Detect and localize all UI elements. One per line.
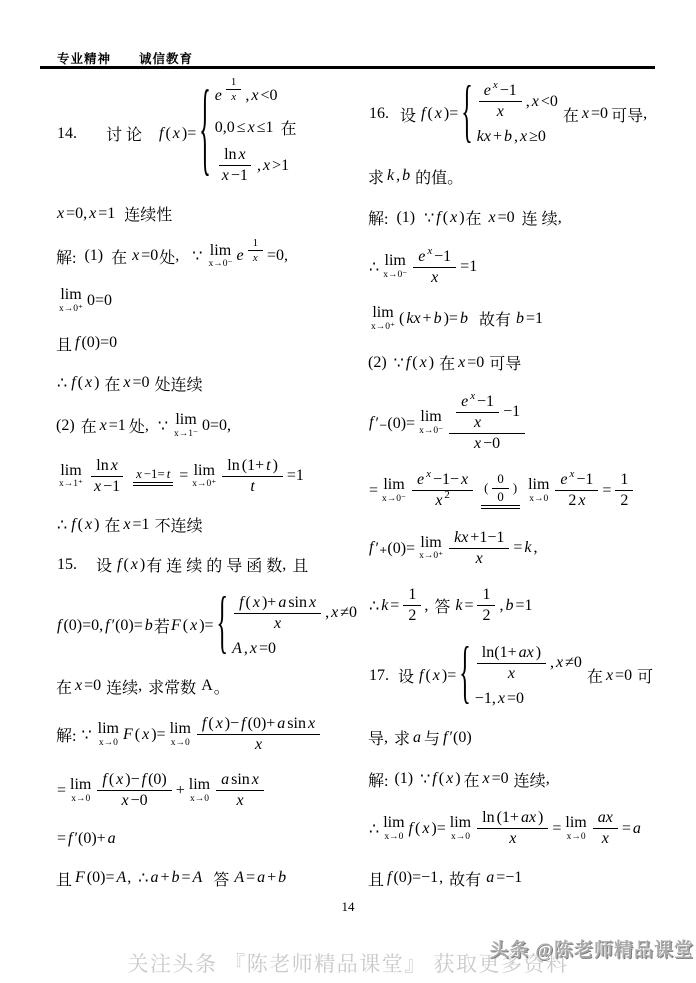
math-variable: b [504, 128, 512, 146]
left-brace-icon: { [199, 75, 211, 192]
formula-line: (2)在x=1处,∵limx→1⁻0=0, [56, 412, 358, 439]
fraction: f(x)+asinxx [234, 594, 321, 633]
spacer [579, 114, 581, 115]
math-variable: x [509, 830, 516, 848]
math-text: , [499, 597, 503, 615]
chinese-text: 连续性 [124, 202, 172, 225]
math-text: =0 [259, 640, 276, 658]
math-text: + [267, 869, 276, 887]
math-text: ∴ [369, 596, 379, 616]
math-variable: x [190, 617, 197, 635]
math-text: = [369, 482, 378, 500]
math-variable: x [474, 435, 481, 453]
document-page: 专业精神 诚信教育 14.讨 论f(x)={e1x,x<00,0≤x≤1在lnx… [0, 0, 696, 983]
limit-word: lim [194, 463, 215, 480]
math-variable: a [108, 830, 116, 848]
math-text: = [181, 869, 190, 887]
spacer [78, 564, 96, 565]
denominator: 2x [563, 491, 590, 510]
cases-rows: f(x)+asinxx,x≠0A,x=0 [231, 594, 358, 658]
math-text: 0=0, [202, 417, 231, 435]
numerator: ex−1 [413, 248, 456, 268]
chinese-text: (2) [368, 354, 387, 372]
numerator: f(x)−f(0)+asinx [197, 715, 320, 735]
spacer [603, 675, 605, 676]
formula-line: f(0)=0,f′(0)=b若F(x)={f(x)+asinxx,x≠0A,x=… [56, 594, 358, 658]
math-text: )= [182, 125, 196, 143]
chinese-text: 连续 [514, 768, 546, 791]
math-variable: x [123, 374, 130, 392]
math-variable: x [450, 209, 457, 227]
spacer [482, 217, 488, 218]
superscript: 1x [223, 76, 244, 103]
math-text: 2 [620, 492, 628, 510]
chinese-text: 若 [154, 614, 170, 637]
fraction: 12 [403, 586, 421, 625]
formula-line: limx→0⁺0=0 [56, 287, 358, 314]
denominator: x [469, 413, 486, 432]
numerator: ex−1 [555, 471, 598, 491]
limit: limx→0⁺ [419, 535, 443, 562]
math-text: 16. [369, 105, 389, 123]
math-variable: x [89, 205, 96, 223]
formula-line: 且f(0)=−1,故有a=−1 [368, 867, 670, 890]
math-variable: a [486, 869, 494, 887]
math-text: ) [536, 644, 541, 662]
denominator: t [245, 477, 259, 496]
spacer [112, 564, 116, 565]
math-text: 0=0 [87, 292, 112, 310]
math-variable: f [102, 771, 106, 789]
math-variable: x [556, 654, 563, 672]
math-text: sin [231, 771, 250, 789]
formula-line: 解:(1)在x=0处,∵limx→0⁻e1x=0, [56, 243, 358, 270]
math-text: )= [442, 667, 456, 685]
chinese-text: 求常数 [148, 675, 196, 698]
math-text: )+ [262, 594, 276, 612]
math-text: = [622, 820, 631, 838]
math-text: )= [431, 820, 445, 838]
math-variable: x [489, 209, 496, 227]
numerator: lnx [219, 146, 251, 166]
numerator: ln(1+ax) [477, 644, 546, 664]
right-column: 16.设f(x)={ex−1x,x<0kx+b,x≥0在x=0可导,求k,b的值… [368, 82, 670, 890]
spacer [97, 425, 99, 426]
math-text: = [246, 869, 255, 887]
limit: limx→0⁺ [192, 463, 216, 490]
math-text: (0)=0 [81, 334, 117, 352]
math-variable: x [111, 457, 118, 475]
chinese-text: (1) [396, 209, 415, 227]
math-text: ) [513, 481, 517, 496]
header-motto-right: 诚信教育 [139, 49, 193, 67]
math-text: , [550, 654, 554, 672]
math-text: )− [225, 715, 239, 733]
math-text: ′(0)= [112, 617, 143, 635]
math-text: ≥0 [529, 128, 546, 146]
math-variable: b [505, 597, 513, 615]
math-text: ∵ [81, 725, 91, 745]
limit: limx→0⁻ [208, 243, 232, 270]
chinese-text: 在 [104, 513, 120, 536]
math-variable: a [257, 869, 265, 887]
chinese-text: 且 [292, 553, 308, 576]
chinese-text: 设 [400, 103, 416, 126]
denominator: x [226, 90, 241, 103]
math-text: ′₋(0)= [375, 413, 415, 433]
superscript: x [425, 468, 432, 480]
math-variable: ax [519, 644, 534, 662]
math-variable: f [105, 617, 109, 635]
chinese-text: (2) [56, 417, 75, 435]
math-variable: x [606, 667, 613, 685]
math-variable: f [443, 729, 447, 747]
math-variable: x [498, 690, 505, 708]
spacer [76, 734, 80, 735]
math-variable: x [497, 103, 504, 121]
math-variable: x [123, 516, 130, 534]
math-text: + [423, 310, 432, 328]
limit: limx→0⁻ [383, 253, 407, 280]
math-text: ( [246, 594, 251, 612]
math-variable: x [116, 771, 123, 789]
math-text: −1 [503, 403, 520, 421]
math-text: ( [135, 726, 140, 744]
math-text: (0)=0, [63, 617, 103, 635]
denominator: x−0 [469, 434, 505, 453]
math-text: 1 [482, 586, 490, 604]
denominator: x [269, 614, 286, 633]
math-text: +1−1 [470, 529, 504, 547]
fraction: lnxx−1 [89, 457, 125, 496]
math-variable: f [57, 617, 61, 635]
math-variable: x [136, 467, 142, 482]
math-text: = [390, 597, 399, 615]
chinese-text: 可 [637, 664, 653, 687]
math-text: ln(1+ [482, 644, 517, 662]
math-variable: f [409, 820, 413, 838]
formula-line: =f′(0)+a [56, 828, 358, 850]
math-text: ( [78, 374, 83, 392]
math-variable: x [582, 105, 589, 123]
math-variable: b [460, 310, 468, 328]
math-text: , [396, 167, 400, 185]
math-variable: f [71, 516, 75, 534]
math-text: , [244, 640, 248, 658]
math-text: =0, [267, 247, 288, 265]
spacer [480, 779, 482, 780]
case-row: A,x=0 [231, 640, 277, 658]
formula-line: 且F(0)=A,∴a+b=A答A=a+b [56, 867, 358, 890]
content-area: 14.讨 论f(x)={e1x,x<00,0≤x≤1在lnxx−1,x>1x=0… [56, 82, 670, 890]
math-variable: a [278, 594, 286, 612]
case-row: f(x)+asinxx,x≠0 [231, 594, 358, 633]
math-text: −1 [500, 82, 517, 100]
math-variable: A [116, 869, 126, 887]
spacer [415, 217, 423, 218]
math-variable: b [516, 310, 524, 328]
formula-line: 16.设f(x)={ex−1x,x<0kx+b,x≥0在x=0可导, [368, 82, 670, 146]
math-variable: x [231, 91, 236, 103]
math-variable: x [263, 157, 270, 175]
piecewise-cases: {f(x)+asinxx,x≠0A,x=0 [217, 594, 358, 658]
math-text: =1 [515, 597, 532, 615]
formula-line: =limx→0f(x)−f(0)x−0+limx→0asinxx [56, 771, 358, 810]
chinese-text: 与 [424, 726, 440, 749]
math-text: (0)+ [248, 715, 276, 733]
math-variable: f [387, 869, 391, 887]
note-content: (00) [483, 472, 518, 505]
fraction: 1x [226, 76, 241, 103]
math-text: =0 [467, 354, 484, 372]
chinese-text: 处 [129, 414, 145, 437]
denominator: x−1 [89, 477, 125, 496]
spacer [455, 362, 457, 363]
fraction: ln(1+ax)x [477, 644, 546, 683]
math-text: =1 [526, 310, 543, 328]
math-text: (0) [148, 771, 167, 789]
numerator: ln(1+ax) [477, 809, 548, 829]
limit-word: lim [60, 287, 81, 304]
chinese-text: (1) [84, 247, 103, 265]
limit-subscript: x→0 [384, 833, 403, 843]
math-text: =1 [460, 258, 477, 276]
math-text: 14. [57, 125, 77, 143]
denominator: x [504, 829, 521, 848]
math-variable: x [274, 615, 281, 633]
math-variable: ax [598, 809, 613, 827]
numerator: ex−1−x [412, 471, 473, 491]
limit-subscript: x→0⁺ [371, 323, 395, 333]
math-text: ′₊(0)= [375, 538, 415, 558]
math-text: −1= [144, 467, 165, 482]
fraction: ex−1x [456, 393, 499, 432]
fraction: ln(1+ax)x [477, 809, 548, 848]
spacer [390, 675, 398, 676]
spacer [229, 878, 233, 879]
math-text: 1 [408, 586, 416, 604]
math-text: −1 [103, 478, 120, 496]
limit-subscript: x→0⁺ [192, 480, 216, 490]
math-text: ) [273, 457, 278, 475]
substitution-note: (00) [481, 472, 520, 509]
limit-word: lim [70, 777, 91, 794]
math-text: −1 [576, 471, 593, 489]
limit-word: lim [383, 477, 404, 494]
limit-word: lim [528, 477, 549, 494]
limit-subscript: x→0⁻ [419, 427, 443, 437]
math-text: )= [199, 617, 213, 635]
math-variable: x [435, 105, 442, 123]
math-variable: x [470, 390, 475, 402]
limit-word: lim [210, 243, 231, 260]
denominator: x [471, 549, 488, 568]
chinese-text: 的值。 [415, 165, 463, 188]
watermark-right: 头条 @陈老师精品课堂 [490, 935, 694, 962]
fraction: ex−1−xx2 [412, 471, 473, 510]
math-variable: x [222, 167, 229, 185]
chinese-text: 。 [214, 675, 230, 698]
denominator: x2 [430, 491, 455, 510]
formula-line: ∴limx→0f(x)=limx→0ln(1+ax)x=limx→0axx=a [368, 809, 670, 848]
fraction: ex−12x [555, 471, 598, 510]
spacer [450, 605, 454, 606]
spacer [469, 318, 479, 319]
math-text: )= [444, 105, 458, 123]
chinese-text: 故有 [479, 307, 511, 330]
math-variable: x [493, 79, 498, 91]
spacer [416, 114, 420, 115]
chinese-text: 设 [398, 664, 414, 687]
formula-line: 且f(0)=0 [56, 332, 358, 355]
math-variable: e [418, 248, 425, 266]
math-variable: F [75, 869, 85, 887]
math-text: = [602, 482, 611, 500]
math-variable: F [123, 726, 133, 744]
math-variable: x [85, 516, 92, 534]
limit-subscript: x→0 [171, 739, 190, 749]
math-variable: x [57, 205, 64, 223]
superscript: x [569, 468, 576, 480]
math-variable: x [142, 726, 149, 744]
limit: limx→0 [450, 815, 471, 842]
note-content: x−1=t [135, 467, 171, 482]
numerator: lnx [91, 457, 123, 477]
superscript: x [469, 390, 476, 402]
math-text: , [526, 93, 530, 111]
chinese-text: 解: [56, 245, 76, 268]
math-text: ∵ [420, 769, 430, 789]
chinese-text: 处 [159, 245, 175, 268]
spacer [179, 256, 191, 257]
math-text: =0, [66, 205, 87, 223]
math-variable: a [277, 715, 285, 733]
math-text: = [513, 539, 522, 557]
chinese-text: 求 [368, 165, 384, 188]
limit: limx→1⁻ [174, 412, 198, 439]
math-text: (1+ [242, 457, 264, 475]
math-text: 15. [57, 556, 77, 574]
math-variable: t [167, 467, 171, 482]
math-text: ∴ [369, 819, 379, 839]
math-text: = [57, 830, 66, 848]
spacer [72, 686, 74, 687]
math-text: ∴ [57, 373, 67, 393]
limit-subscript: x→0⁻ [382, 495, 406, 505]
math-text: 1 [231, 76, 236, 88]
numerator: 1 [477, 586, 495, 606]
math-variable: ax [521, 809, 536, 827]
spacer [390, 114, 400, 115]
math-variable: f [142, 771, 146, 789]
spacer [387, 362, 393, 363]
spacer [78, 133, 106, 134]
math-text: =0 [492, 770, 509, 788]
math-text: =−1 [496, 869, 522, 887]
math-text: ∵ [424, 208, 434, 228]
limit-word: lim [565, 815, 586, 832]
math-variable: e [484, 82, 491, 100]
limit-subscript: x→0 [529, 495, 548, 505]
piecewise-cases: {e1x,x<00,0≤x≤1在lnxx−1,x>1 [199, 82, 296, 185]
math-text: ′(0)+ [74, 830, 105, 848]
limit-word: lim [383, 815, 404, 832]
formula-line: limx→0⁺(kx+b)=b故有b=1 [368, 305, 670, 332]
chinese-text: , [643, 105, 647, 123]
math-variable: e [236, 247, 243, 265]
math-variable: a [150, 869, 158, 887]
math-variable: A [193, 869, 203, 887]
math-text: ln [96, 457, 108, 475]
spacer [142, 133, 158, 134]
math-variable: f [421, 105, 425, 123]
denominator: x−0 [116, 791, 152, 810]
limit: limx→0⁻ [382, 477, 406, 504]
denominator: x [248, 251, 263, 264]
spacer [511, 318, 515, 319]
math-text: 0 [497, 490, 503, 505]
math-variable: x [216, 715, 223, 733]
math-variable: x [121, 792, 128, 810]
math-text: ∵ [192, 246, 202, 266]
formula-line: ∴limx→0⁻ex−1x=1 [368, 248, 670, 287]
math-text: ( [443, 209, 448, 227]
chinese-text: 设 [96, 553, 112, 576]
math-text: ( [415, 820, 420, 838]
math-variable: f [68, 830, 72, 848]
math-variable: x [309, 594, 316, 612]
chinese-text: 在 [104, 372, 120, 395]
limit-subscript: x→0 [71, 795, 90, 805]
limit-subscript: x→1⁻ [174, 430, 198, 440]
chinese-text: 在 [111, 245, 127, 268]
denominator: x [492, 102, 509, 121]
math-variable: x [458, 354, 465, 372]
spacer [440, 737, 442, 738]
math-text: −0 [131, 792, 148, 810]
math-variable: k [455, 597, 462, 615]
math-variable: f [117, 556, 121, 574]
fraction: f(x)−f(0)+asinxx [197, 715, 320, 754]
math-text: 2 [408, 607, 416, 625]
fraction: asinxx [216, 771, 264, 810]
math-text: 2 [568, 492, 576, 510]
math-variable: x [100, 417, 107, 435]
superscript: 2 [443, 489, 450, 501]
denominator: x [597, 829, 614, 848]
math-text: , [257, 157, 261, 175]
math-text: =1 [133, 516, 150, 534]
math-variable: x [520, 128, 527, 146]
numerator: 1 [615, 471, 633, 491]
math-text: ∴ [57, 515, 67, 535]
math-variable: f [75, 334, 79, 352]
chinese-text: 导 [368, 726, 384, 749]
math-text: )= [444, 310, 458, 328]
math-text: ln [482, 809, 494, 827]
math-variable: b [278, 869, 286, 887]
case-row: ln(1+ax)x,x≠0 [474, 644, 583, 683]
math-variable: x [248, 119, 255, 137]
math-variable: x [253, 252, 258, 264]
fraction: f(x)−f(0)x−0 [97, 771, 171, 810]
chinese-text: 在 [56, 675, 72, 698]
spacer [384, 878, 386, 879]
piecewise-cases: {ex−1x,x<0kx+b,x≥0 [461, 82, 559, 146]
formula-line: 解:(1)∵f(x)在x=0连 续, [368, 206, 670, 229]
math-variable: k [387, 167, 394, 185]
numerator: ex−1 [479, 82, 522, 102]
